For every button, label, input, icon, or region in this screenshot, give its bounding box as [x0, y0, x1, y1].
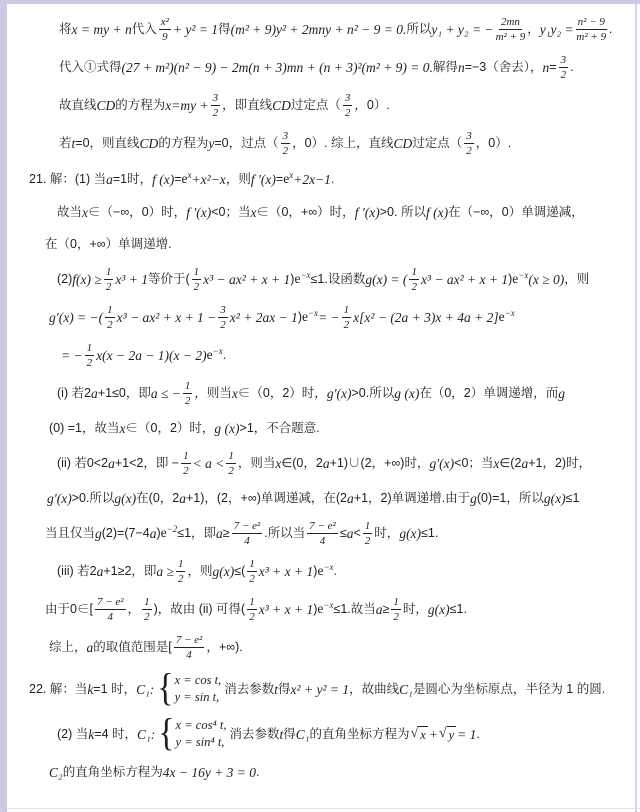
- text-run: ，则: [564, 269, 589, 290]
- text-run: ∈（−∞，0）时，: [88, 202, 186, 223]
- radicand: y: [447, 726, 457, 743]
- text-run: e−x: [317, 598, 333, 621]
- left-brace: {: [158, 714, 174, 753]
- text-run: C₁:: [136, 679, 154, 700]
- text-run: 时，: [374, 523, 399, 544]
- text-run: a: [521, 453, 528, 474]
- text-run: =: [174, 169, 181, 190]
- text-run: 的取值范围是[: [93, 637, 171, 658]
- cases-rows: x = cos t,y = sin t,: [175, 672, 222, 706]
- fraction-numerator: 3: [559, 54, 569, 68]
- text-run: =−3（舍去），: [465, 57, 543, 78]
- text-line: (i) 若2a+1≤0，即a ≤ −12，则当x∈（0，2）时，g′(x)>0.…: [7, 380, 632, 407]
- text-run: g(x): [212, 561, 234, 582]
- text-run: f (x): [152, 169, 174, 190]
- text-run: f ′(x): [186, 202, 211, 223]
- text-run: a ≥: [156, 561, 174, 582]
- text-run: e−x: [512, 268, 528, 291]
- fraction-numerator: 1: [105, 304, 115, 318]
- text-run: a: [150, 523, 157, 544]
- text-line: (2) 当 k=4 时，C₁:{x = cos⁴ t,y = sin⁴ t,消去…: [7, 717, 632, 751]
- fraction-numerator: 1: [183, 380, 193, 394]
- text-line: 当且仅当g(2)=(7−4a)e−2≤1，即a≥7 − e²4.所以当7 − e…: [7, 520, 632, 547]
- fraction: 12: [142, 596, 152, 623]
- text-run: ，故曲线: [349, 679, 399, 700]
- text-run: 消去参数: [224, 679, 274, 700]
- text-run: x³ − ax² + x + 1 −: [117, 307, 217, 328]
- fraction-denominator: 2: [411, 280, 417, 293]
- text-run: 在(0，2: [136, 488, 179, 509]
- text-run: g(x): [428, 599, 450, 620]
- text-run: =0，则直线: [75, 133, 139, 154]
- fraction-denominator: 2: [365, 534, 371, 547]
- cases-row: y = sin⁴ t,: [176, 734, 227, 751]
- text-run: <0；当: [211, 202, 250, 223]
- text-run: 当且仅当: [45, 523, 95, 544]
- fraction-denominator: 2: [344, 318, 350, 331]
- fraction: 12: [105, 304, 115, 331]
- text-line: g′(x)>0.所以g(x)在(0，2a+1)，(2，+∞)单调递减，在(2a+…: [7, 488, 632, 509]
- text-run: a: [347, 488, 354, 509]
- text-run: 综上，: [49, 637, 87, 658]
- text-line: 综上，a的取值范围是[7 − e²4，+∞).: [7, 634, 632, 661]
- fraction-denominator: 2: [87, 356, 93, 369]
- text-run: ex: [182, 168, 192, 191]
- text-run: +1≤0，即: [98, 383, 151, 404]
- cases-row: x = cos⁴ t,: [176, 717, 227, 734]
- fraction: 12: [192, 266, 202, 293]
- text-run: ，0）. 综上，直线: [292, 133, 393, 154]
- text-line: 21. 解：(1) 当a=1时，f (x) =ex+x²−x，则f ′(x) =…: [7, 168, 632, 191]
- text-run: CD: [272, 95, 291, 116]
- fraction-numerator: 3: [464, 130, 474, 144]
- text-run: g: [558, 383, 565, 404]
- superscript: x: [188, 170, 192, 180]
- cases-row: x = cos t,: [175, 672, 222, 689]
- text-run: a: [87, 637, 94, 658]
- page-frame-bottom: [7, 808, 640, 809]
- superscript: −x: [323, 562, 333, 572]
- text-run: (2)=(7−4: [102, 523, 150, 544]
- text-run: .: [331, 169, 334, 190]
- text-run: ，则当: [238, 453, 276, 474]
- text-run: +1，2)单调递增.由于: [354, 488, 470, 509]
- text-run: e−x: [317, 560, 333, 583]
- superscript: −x: [323, 600, 333, 610]
- text-run: =: [276, 169, 283, 190]
- text-run: 的方程为: [158, 133, 208, 154]
- radical-sign: √: [439, 726, 447, 742]
- text-run: 得: [278, 679, 291, 700]
- text-run: ≤1: [566, 488, 580, 509]
- text-line: g′(x) = −(12x³ − ax² + x + 1 −32x² + 2ax…: [7, 304, 632, 331]
- fraction-denominator: 2: [249, 572, 255, 585]
- fraction: 32: [211, 92, 221, 119]
- fraction-numerator: 7 − e²: [232, 520, 263, 534]
- fraction: 12: [363, 520, 373, 547]
- text-run: +1)，(2，+∞)单调递减，在(2: [186, 488, 347, 509]
- text-run: g(x): [544, 488, 566, 509]
- text-run: C₁: [399, 679, 413, 700]
- text-run: x³ − ax² + x + 1: [203, 269, 290, 290]
- fraction-denominator: 2: [220, 318, 226, 331]
- text-run: ，: [128, 599, 141, 620]
- text-run: (0) =1，故当: [49, 418, 120, 439]
- text-line: 代入①式得 (27 + m²)(n² − 9) − 2m(n + 3)mn + …: [7, 54, 632, 81]
- text-run: 由于0∈[: [45, 599, 93, 620]
- superscript: −x: [213, 346, 223, 356]
- text-run: < a <: [193, 453, 225, 474]
- fraction-numerator: 3: [281, 130, 291, 144]
- fraction-numerator: 1: [247, 558, 257, 572]
- cases-row: y = sin t,: [175, 689, 222, 706]
- text-run: f ′(x): [251, 169, 276, 190]
- fraction-numerator: 1: [142, 596, 152, 610]
- text-run: g(x): [114, 488, 136, 509]
- fraction-denominator: m² + 9: [496, 30, 526, 43]
- text-run: ≤1.设函数: [311, 269, 366, 290]
- text-run: x² + y² = 1: [291, 679, 350, 700]
- text-run: g(x): [399, 523, 421, 544]
- text-run: ≤1.: [421, 523, 438, 544]
- text-line: 22. 解：当 k=1 时，C₁:{x = cos t,y = sin t,消去…: [7, 672, 632, 706]
- text-run: a: [216, 523, 223, 544]
- text-run: 代入: [132, 19, 157, 40]
- text-run: 是圆心为坐标原点，半径为 1 的圆.: [413, 679, 605, 700]
- text-run: g (x): [214, 418, 239, 439]
- text-run: +2x−1: [293, 169, 331, 190]
- fraction: 32: [464, 130, 474, 157]
- text-run: (x ≥ 0): [528, 269, 564, 290]
- text-run: a: [179, 488, 186, 509]
- text-run: g′(x) = −(: [49, 307, 103, 328]
- fraction-denominator: 2: [185, 394, 191, 407]
- text-run: x³ − ax² + x + 1: [421, 269, 508, 290]
- text-run: g: [95, 523, 102, 544]
- text-run: .: [609, 19, 612, 40]
- fraction-denominator: m² + 9: [576, 30, 606, 43]
- text-run: f ′(x): [355, 202, 380, 223]
- text-run: x[x² − (2a + 3)x + 4a + 2]: [353, 307, 498, 328]
- fraction-numerator: 3: [211, 92, 221, 106]
- text-run: ，则: [187, 561, 212, 582]
- text-run: 所以: [406, 19, 431, 40]
- text-run: ∈(0，2: [281, 453, 322, 474]
- text-run: 在（0，2）单调递增，而: [419, 383, 558, 404]
- fraction: 12: [247, 596, 257, 623]
- fraction-numerator: 1: [192, 266, 202, 280]
- text-run: g′(x): [429, 453, 454, 474]
- text-run: =4 时，: [94, 724, 137, 745]
- text-run: >1，不合题意.: [240, 418, 320, 439]
- fraction: 12: [247, 558, 257, 585]
- text-run: (m² + 9)y² + 2mny + n² − 9 = 0.: [231, 19, 407, 40]
- text-run: 的直角坐标方程为: [63, 762, 163, 783]
- text-run: CD: [140, 133, 159, 154]
- text-run: +x²−x: [192, 169, 226, 190]
- fraction-numerator: 1: [181, 450, 191, 464]
- text-run: =0，过点（: [214, 133, 278, 154]
- fraction-denominator: 2: [194, 280, 200, 293]
- text-run: 若: [59, 133, 72, 154]
- fraction: 12: [409, 266, 419, 293]
- text-run: )，故由 (ii) 可得(: [154, 599, 246, 620]
- text-run: 在（−∞，0）单调递减，: [448, 202, 584, 223]
- fraction-denominator: 2: [178, 572, 184, 585]
- fraction-numerator: 7 − e²: [174, 634, 205, 648]
- text-run: .: [570, 57, 573, 78]
- fraction-numerator: 1: [104, 266, 114, 280]
- text-run: e−x: [207, 344, 223, 367]
- fraction-denominator: 9: [162, 30, 168, 43]
- text-run: =: [549, 57, 556, 78]
- fraction: 12: [104, 266, 114, 293]
- text-run: ≤1.故当: [333, 599, 375, 620]
- fraction-numerator: 1: [391, 596, 401, 610]
- text-run: 过定点（: [291, 95, 341, 116]
- text-run: ∈（0，+∞）时，: [257, 202, 355, 223]
- text-run: 将: [59, 19, 72, 40]
- text-run: C₂: [49, 762, 63, 783]
- fraction: 7 − e²4: [95, 596, 126, 623]
- text-run: .: [476, 724, 479, 745]
- text-run: x² + 2ax − 1: [230, 307, 298, 328]
- text-run: (iii) 若2: [57, 561, 97, 582]
- text-run: a: [97, 561, 104, 582]
- fraction-denominator: 4: [320, 534, 326, 547]
- text-run: ≤1，即: [177, 523, 216, 544]
- superscript: −x: [505, 308, 515, 318]
- fraction-denominator: 2: [228, 464, 234, 477]
- text-run: +: [429, 724, 438, 745]
- text-run: .: [334, 561, 337, 582]
- text-run: =1时，: [113, 169, 152, 190]
- text-run: e−x: [294, 268, 310, 291]
- fraction: 2mnm² + 9: [496, 16, 526, 43]
- fraction: 32: [559, 54, 569, 81]
- fraction-denominator: 2: [183, 464, 189, 477]
- text-line: 故当x∈（−∞，0）时，f ′(x)<0；当x∈（0，+∞）时，f ′(x)>0…: [7, 202, 632, 223]
- text-line: 将 x = my + n 代入 x²9+ y² = 1 得 (m² + 9)y²…: [7, 16, 632, 43]
- fraction: n² − 9m² + 9: [576, 16, 607, 43]
- text-run: n: [458, 57, 465, 78]
- text-run: 22. 解：当: [29, 679, 87, 700]
- text-run: n: [543, 57, 550, 78]
- text-run: x=my +: [165, 95, 208, 116]
- text-run: <0；当: [454, 453, 493, 474]
- fraction-numerator: 7 − e²: [307, 520, 338, 534]
- text-run: y₁ + y₂ = −: [431, 19, 493, 40]
- fraction-denominator: 2: [107, 318, 113, 331]
- fraction-numerator: x²: [159, 16, 171, 30]
- fraction: 12: [176, 558, 186, 585]
- superscript: x: [289, 170, 293, 180]
- fraction: 7 − e²4: [307, 520, 338, 547]
- text-run: x³ + x + 1: [259, 599, 314, 620]
- superscript: −x: [518, 270, 528, 280]
- cases-system: {x = cos t,y = sin t,: [157, 672, 221, 706]
- text-run: (2) 当: [57, 724, 88, 745]
- text-run: y₁y₂ =: [540, 19, 574, 40]
- text-run: >0.所以: [72, 488, 115, 509]
- superscript: −x: [300, 270, 310, 280]
- cases-system: {x = cos⁴ t,y = sin⁴ t,: [158, 717, 226, 751]
- fraction-numerator: 1: [363, 520, 373, 534]
- text-run: x = my + n: [72, 19, 132, 40]
- text-run: 代入①式得: [59, 57, 122, 78]
- fraction-numerator: 1: [342, 304, 352, 318]
- document-body: 将 x = my + n 代入 x²9+ y² = 1 得 (m² + 9)y²…: [7, 4, 632, 794]
- text-run: .所以当: [264, 523, 305, 544]
- text-run: a: [106, 169, 113, 190]
- text-line: (ii) 若0<2a+1<2，即 −12< a <12，则当x∈(0，2a+1)…: [7, 450, 632, 477]
- cases-rows: x = cos⁴ t,y = sin⁴ t,: [176, 717, 227, 751]
- text-run: 时，: [403, 599, 428, 620]
- text-line: 在（0，+∞）单调递增.: [7, 234, 632, 255]
- text-run: ex: [283, 168, 293, 191]
- text-run: +1)∪(2，+∞)时，: [330, 453, 430, 474]
- text-run: 解得: [433, 57, 458, 78]
- text-run: ，0）.: [354, 95, 389, 116]
- text-run: (ii) 若0<2: [57, 453, 108, 474]
- text-run: =1 时，: [93, 679, 136, 700]
- square-root: √y: [439, 726, 456, 743]
- text-run: x³ + 1: [115, 269, 148, 290]
- superscript: −2: [167, 524, 178, 534]
- text-run: ≥: [383, 599, 390, 620]
- text-run: ≤1.: [450, 599, 467, 620]
- text-run: 故当: [57, 202, 82, 223]
- text-run: 21. 解：(1) 当: [29, 169, 106, 190]
- fraction-numerator: 1: [409, 266, 419, 280]
- text-run: e−x: [302, 306, 318, 329]
- fraction-numerator: 1: [85, 342, 95, 356]
- fraction-denominator: 2: [249, 610, 255, 623]
- text-run: CD: [394, 133, 413, 154]
- fraction-denominator: 2: [283, 144, 289, 157]
- text-run: 在（0，+∞）单调递增.: [45, 234, 172, 255]
- text-run: 得: [283, 724, 296, 745]
- text-run: 的方程为: [115, 95, 165, 116]
- text-line: (2) f(x) ≥12x³ + 1等价于(12x³ − ax² + x + 1…: [7, 266, 632, 293]
- fraction-denominator: 2: [106, 280, 112, 293]
- fraction: 12: [391, 596, 401, 623]
- text-run: ∈(2: [499, 453, 521, 474]
- fraction-denominator: 2: [345, 106, 351, 119]
- text-run: ，则当: [194, 383, 232, 404]
- fraction-numerator: 1: [226, 450, 236, 464]
- text-run: g′(x): [47, 488, 72, 509]
- text-run: f(x) ≥: [72, 269, 102, 290]
- fraction: 32: [218, 304, 228, 331]
- text-run: a ≤ −: [151, 383, 181, 404]
- text-run: + y² = 1: [173, 19, 218, 40]
- fraction: 12: [342, 304, 352, 331]
- text-run: +1<2，即 −: [115, 453, 179, 474]
- text-run: ，: [527, 19, 540, 40]
- text-run: 过定点（: [412, 133, 462, 154]
- text-run: 等价于(: [148, 269, 190, 290]
- text-run: >0. 所以: [380, 202, 426, 223]
- text-run: .: [256, 762, 259, 783]
- radicand: x: [418, 726, 428, 743]
- text-run: = −: [61, 345, 83, 366]
- fraction: 12: [181, 450, 191, 477]
- text-run: (2): [57, 269, 72, 290]
- text-run: a: [91, 383, 98, 404]
- text-run: x³ + x + 1: [259, 561, 314, 582]
- fraction: 12: [85, 342, 95, 369]
- text-line: 若t=0，则直线CD的方程为y=0，过点（32，0）. 综上，直线CD过定点（3…: [7, 130, 632, 157]
- fraction: 7 − e²4: [174, 634, 205, 661]
- text-run: = −: [318, 307, 340, 328]
- text-run: (27 + m²)(n² − 9) − 2m(n + 3)mn + (n + 3…: [122, 57, 433, 78]
- text-run: (i) 若2: [57, 383, 91, 404]
- text-run: g(x) = (: [365, 269, 407, 290]
- fraction-denominator: 2: [466, 144, 472, 157]
- text-run: x(x − 2a − 1)(x − 2): [96, 345, 207, 366]
- document-page: 将 x = my + n 代入 x²9+ y² = 1 得 (m² + 9)y²…: [0, 0, 640, 812]
- square-root: √x: [411, 726, 428, 743]
- fraction: 7 − e²4: [232, 520, 263, 547]
- fraction: 12: [226, 450, 236, 477]
- text-run: a: [323, 453, 330, 474]
- text-run: g′(x): [327, 383, 352, 404]
- fraction-denominator: 2: [144, 610, 150, 623]
- text-line: 由于0∈[7 − e²4，12)，故由 (ii) 可得(12x³ + x + 1…: [7, 596, 632, 623]
- text-run: g (x): [394, 383, 419, 404]
- text-line: (iii) 若2a+1≥2，即a ≥12，则g(x)≤(12x³ + x + 1…: [7, 558, 632, 585]
- fraction-numerator: 7 − e²: [95, 596, 126, 610]
- radical-sign: √: [411, 726, 419, 742]
- page-frame-right: [635, 4, 637, 812]
- fraction-denominator: 4: [107, 610, 113, 623]
- text-run: ∈（0，2）时，: [126, 418, 215, 439]
- text-run: ，+∞).: [206, 637, 242, 658]
- text-run: = 1: [457, 724, 476, 745]
- fraction-denominator: 2: [213, 106, 219, 119]
- text-run: e−x: [499, 306, 515, 329]
- text-line: C₂ 的直角坐标方程为 4x − 16y + 3 = 0.: [7, 762, 632, 783]
- text-run: g: [470, 488, 477, 509]
- fraction: 12: [183, 380, 193, 407]
- fraction-numerator: 2mn: [499, 16, 522, 30]
- fraction-denominator: 2: [561, 68, 567, 81]
- text-run: 得: [218, 19, 231, 40]
- text-run: ≥: [223, 523, 230, 544]
- left-brace: {: [157, 669, 173, 708]
- text-run: a: [108, 453, 115, 474]
- text-run: +1≥2，即: [103, 561, 156, 582]
- fraction-denominator: 4: [186, 648, 192, 661]
- text-run: CD: [97, 95, 116, 116]
- fraction: x²9: [159, 16, 171, 43]
- text-run: (0)=1，所以: [477, 488, 544, 509]
- fraction-denominator: 4: [244, 534, 250, 547]
- text-run: 故直线: [59, 95, 97, 116]
- fraction: 32: [281, 130, 291, 157]
- text-run: a: [376, 599, 383, 620]
- fraction-denominator: 2: [393, 610, 399, 623]
- text-run: <: [353, 523, 360, 544]
- fraction-numerator: n² − 9: [576, 16, 607, 30]
- superscript: −x: [308, 308, 318, 318]
- fraction-numerator: 3: [218, 304, 228, 318]
- text-run: ，0）.: [476, 133, 511, 154]
- text-run: ，即直线: [222, 95, 272, 116]
- text-line: 故直线CD的方程为 x=my +32，即直线CD过定点（32，0）.: [7, 92, 632, 119]
- fraction-numerator: 3: [343, 92, 353, 106]
